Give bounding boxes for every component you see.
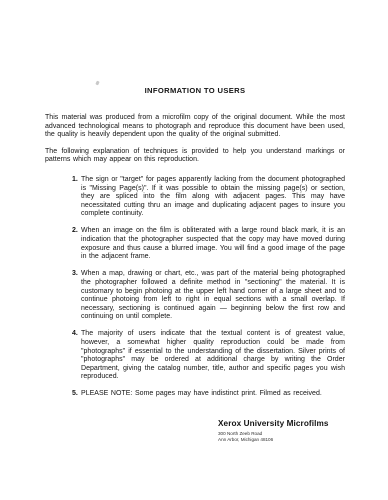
publisher-address-line-2: Ann Arbor, Michigan 48106 xyxy=(218,437,345,443)
list-item-3: 3. When a map, drawing or chart, etc., w… xyxy=(72,270,345,322)
publisher-name: Xerox University Microfilms xyxy=(218,419,345,429)
item-text: When a map, drawing or chart, etc., was … xyxy=(81,270,345,322)
item-text: When an image on the film is obliterated… xyxy=(81,227,345,261)
list-item-1: 1. The sign or "target" for pages appare… xyxy=(72,176,345,219)
signature-block: Xerox University Microfilms 300 North Ze… xyxy=(218,419,345,442)
list-item-5: 5. PLEASE NOTE: Some pages may have indi… xyxy=(72,390,345,399)
item-text: The majority of users indicate that the … xyxy=(81,330,345,382)
item-text: The sign or "target" for pages apparentl… xyxy=(81,176,345,219)
list-item-4: 4. The majority of users indicate that t… xyxy=(72,330,345,382)
numbered-list: 1. The sign or "target" for pages appare… xyxy=(72,176,345,399)
intro-paragraph-2: The following explanation of techniques … xyxy=(45,148,345,165)
item-number: 4. xyxy=(72,330,81,382)
item-number: 1. xyxy=(72,176,81,219)
item-number: 5. xyxy=(72,390,81,399)
item-number: 2. xyxy=(72,227,81,261)
document-page: INFORMATION TO USERS This material was p… xyxy=(0,0,388,500)
scan-artifact xyxy=(95,81,99,86)
intro-paragraph-1: This material was produced from a microf… xyxy=(45,114,345,140)
page-title: INFORMATION TO USERS xyxy=(45,86,345,95)
item-number: 3. xyxy=(72,270,81,322)
item-text: PLEASE NOTE: Some pages may have indisti… xyxy=(81,390,345,399)
list-item-2: 2. When an image on the film is oblitera… xyxy=(72,227,345,261)
